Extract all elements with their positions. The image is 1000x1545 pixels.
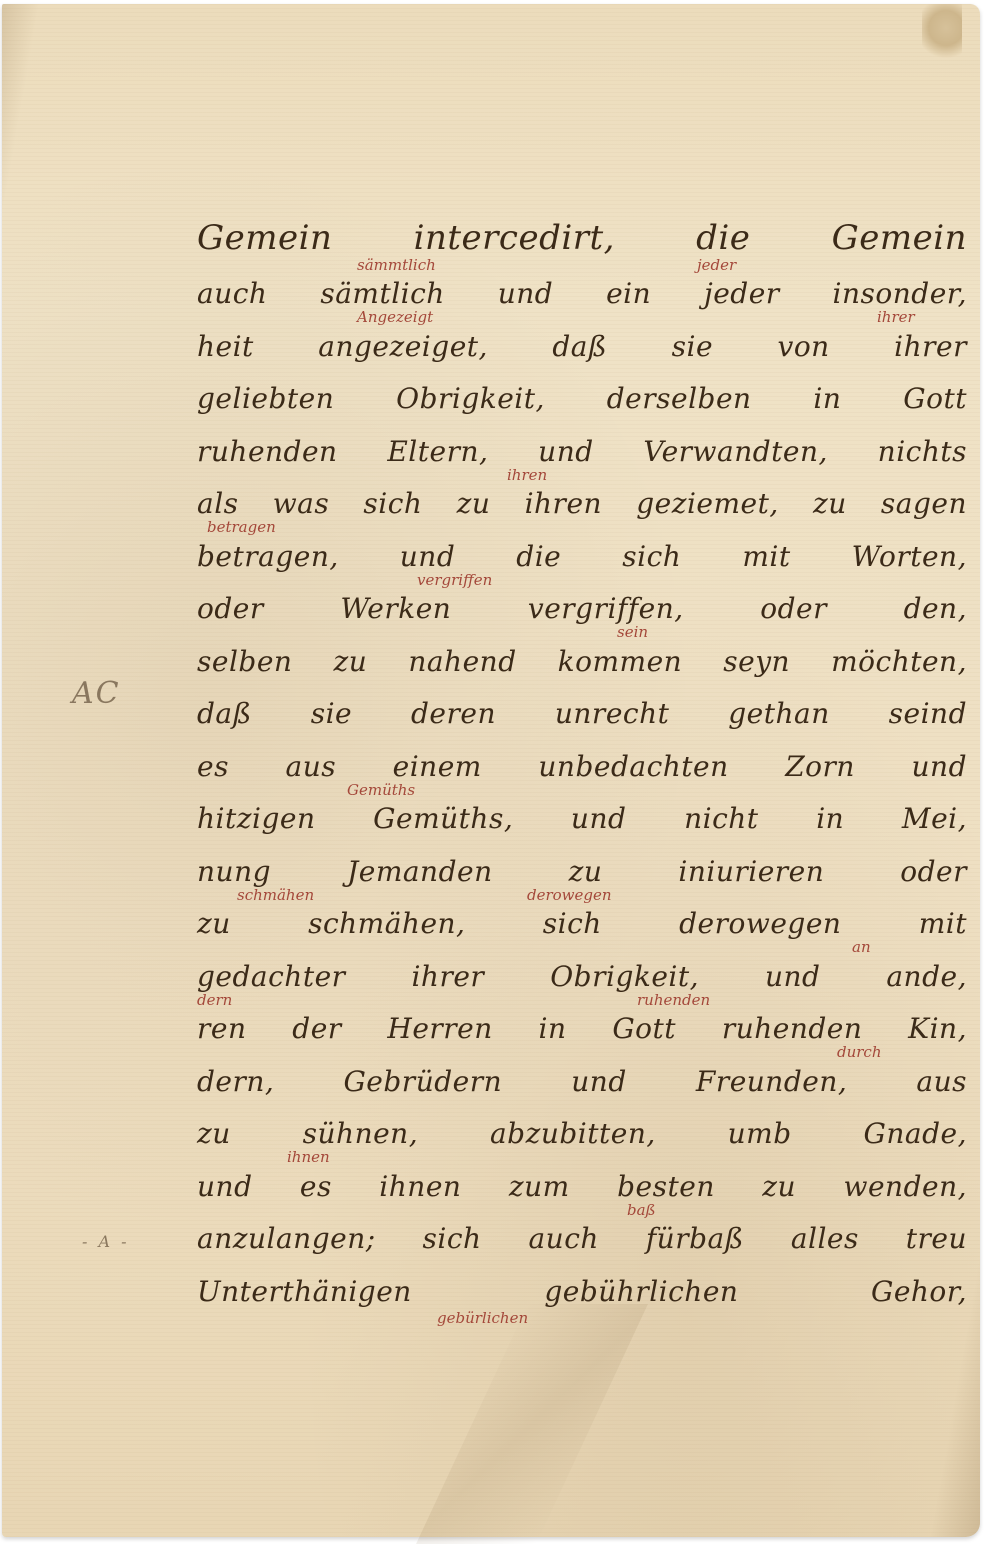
red-correction: Gemüths	[347, 781, 415, 799]
red-correction: an	[852, 938, 871, 956]
line-text: es aus einem unbedachten Zorn und	[197, 750, 967, 783]
red-correction: baß	[627, 1201, 656, 1219]
red-correction: derowegen	[527, 886, 612, 904]
manuscript-line: Gemein intercedirt, die Gemein	[197, 209, 967, 262]
red-correction: schmähen	[237, 886, 314, 904]
line-text: als was sich zu ihren geziemet, zu sagen	[197, 487, 967, 520]
line-text: oder Werken vergriffen, oder den,	[197, 592, 967, 625]
manuscript-line: heit angezeiget, daß sie von ihrerAngeze…	[197, 314, 967, 367]
line-text: geliebten Obrigkeit, derselben in Gott	[197, 382, 967, 415]
manuscript-line: es aus einem unbedachten Zorn und	[197, 734, 967, 787]
line-text: selben zu nahend kommen seyn möchten,	[197, 645, 967, 678]
line-text: daß sie deren unrecht gethan seind	[197, 697, 967, 730]
manuscript-line: daß sie deren unrecht gethan seind	[197, 682, 967, 735]
line-text: nung Jemanden zu iniurieren oder	[197, 855, 967, 888]
red-correction: Angezeigt	[357, 308, 433, 326]
manuscript-line: zu sühnen, abzubitten, umb Gnade,	[197, 1102, 967, 1155]
line-text: heit angezeiget, daß sie von ihrer	[197, 330, 967, 363]
manuscript-line: zu schmähen, sich derowegen mitschmähend…	[197, 892, 967, 945]
manuscript-line: und es ihnen zum besten zu wenden,ihnen	[197, 1154, 967, 1207]
red-correction: jeder	[697, 256, 736, 274]
manuscript-line: Unterthänigen gebührlichen Gehor,gebürli…	[197, 1259, 967, 1312]
red-correction: ihrer	[877, 308, 915, 326]
manuscript-line: gedachter ihrer Obrigkeit, und ande,an	[197, 944, 967, 997]
manuscript-line: oder Werken vergriffen, oder den,vergrif…	[197, 577, 967, 630]
line-text: Unterthänigen gebührlichen Gehor,	[197, 1275, 967, 1308]
manuscript-line: dern, Gebrüdern und Freunden, ausdurch	[197, 1049, 967, 1102]
line-text: ren der Herren in Gott ruhenden Kin,	[197, 1012, 967, 1045]
manuscript-text: Gemein intercedirt, die Gemeinauch sämtl…	[197, 209, 967, 1312]
red-correction: ihren	[507, 466, 547, 484]
line-text: dern, Gebrüdern und Freunden, aus	[197, 1065, 967, 1098]
margin-mark-bleedthrough: AC	[72, 676, 121, 711]
torn-corner	[922, 4, 962, 64]
line-text: betragen, und die sich mit Worten,	[197, 540, 967, 573]
manuscript-line: ren der Herren in Gott ruhenden Kin,dern…	[197, 997, 967, 1050]
manuscript-line: geliebten Obrigkeit, derselben in Gott	[197, 367, 967, 420]
line-text: ruhenden Eltern, und Verwandten, nichts	[197, 435, 967, 468]
manuscript-page: AC - A - Gemein intercedirt, die Gemeina…	[2, 4, 980, 1537]
red-correction: ihnen	[287, 1148, 330, 1166]
red-correction: vergriffen	[417, 571, 492, 589]
manuscript-line: als was sich zu ihren geziemet, zu sagen…	[197, 472, 967, 525]
red-correction: dern	[197, 991, 232, 1009]
line-text: zu sühnen, abzubitten, umb Gnade,	[197, 1117, 967, 1150]
line-text: hitzigen Gemüths, und nicht in Mei,	[197, 802, 967, 835]
red-correction: gebürlichen	[437, 1309, 528, 1327]
manuscript-line: nung Jemanden zu iniurieren oder	[197, 839, 967, 892]
line-text: anzulangen; sich auch fürbaß alles treu	[197, 1222, 967, 1255]
line-text: zu schmähen, sich derowegen mit	[197, 907, 967, 940]
line-text: und es ihnen zum besten zu wenden,	[197, 1170, 967, 1203]
paper-fold-shadow	[416, 1304, 648, 1544]
line-text: gedachter ihrer Obrigkeit, und ande,	[197, 960, 967, 993]
red-correction: sein	[617, 623, 648, 641]
line-text: auch sämtlich und ein jeder insonder,	[197, 277, 967, 310]
manuscript-line: ruhenden Eltern, und Verwandten, nichts	[197, 419, 967, 472]
manuscript-line: selben zu nahend kommen seyn möchten,sei…	[197, 629, 967, 682]
manuscript-line: auch sämtlich und ein jeder insonder,säm…	[197, 262, 967, 315]
margin-mark-small: - A -	[82, 1232, 130, 1251]
manuscript-line: hitzigen Gemüths, und nicht in Mei,Gemüt…	[197, 787, 967, 840]
red-correction: ruhenden	[637, 991, 710, 1009]
red-correction: sämmtlich	[357, 256, 436, 274]
manuscript-line: anzulangen; sich auch fürbaß alles treub…	[197, 1207, 967, 1260]
red-correction: betragen	[207, 518, 276, 536]
red-correction: durch	[837, 1043, 882, 1061]
line-text: Gemein intercedirt, die Gemein	[197, 218, 967, 258]
manuscript-line: betragen, und die sich mit Worten,betrag…	[197, 524, 967, 577]
